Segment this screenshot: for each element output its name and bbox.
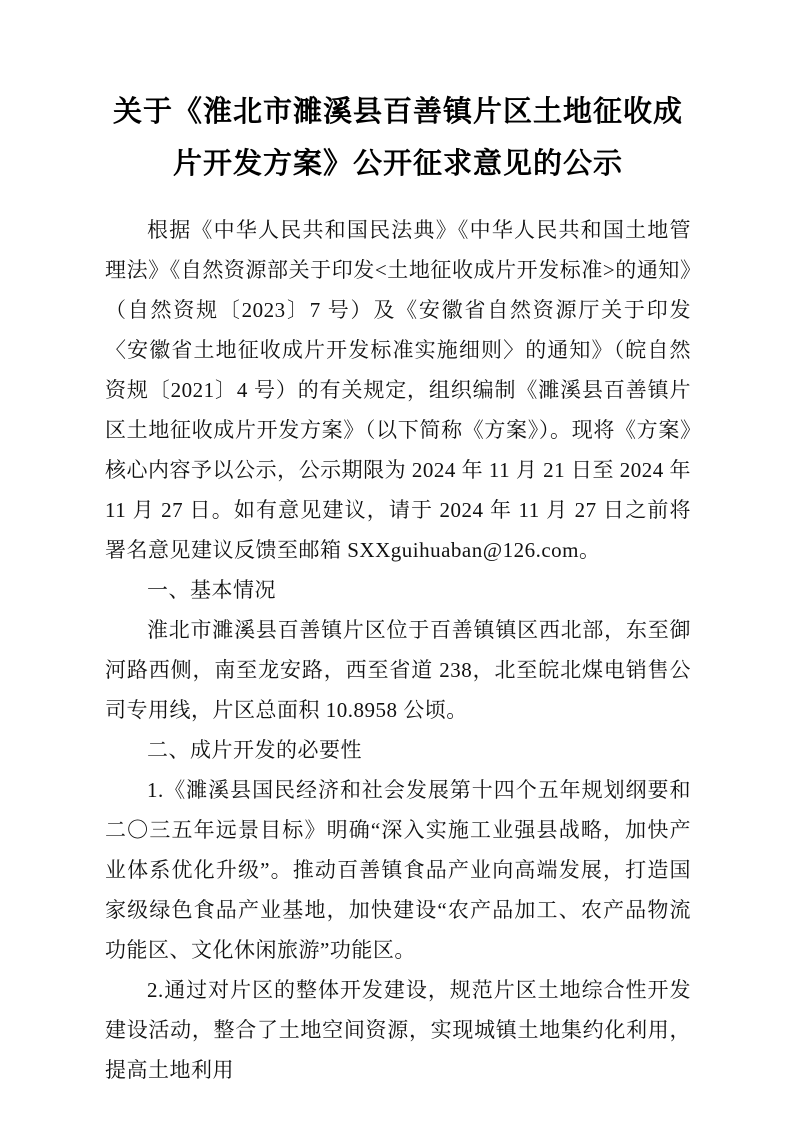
section2-item1: 1.《濉溪县国民经济和社会发展第十四个五年规划纲要和二〇三五年远景目标》明确“深…	[105, 770, 691, 970]
section1-body: 淮北市濉溪县百善镇片区位于百善镇镇区西北部，东至御河路西侧，南至龙安路，西至省道…	[105, 610, 691, 730]
document-body: 关于《淮北市濉溪县百善镇片区土地征收成片开发方案》公开征求意见的公示 根据《中华…	[0, 0, 793, 1122]
section2-item2: 2.通过对片区的整体开发建设，规范片区土地综合性开发建设活动，整合了土地空间资源…	[105, 970, 691, 1090]
section2-heading: 二、成片开发的必要性	[105, 730, 691, 770]
section1-heading: 一、基本情况	[105, 570, 691, 610]
document-title: 关于《淮北市濉溪县百善镇片区土地征收成片开发方案》公开征求意见的公示	[105, 86, 691, 190]
paragraph-intro: 根据《中华人民共和国民法典》《中华人民共和国土地管理法》《自然资源部关于印发<土…	[105, 210, 691, 570]
document-page: 关于《淮北市濉溪县百善镇片区土地征收成片开发方案》公开征求意见的公示 根据《中华…	[0, 0, 793, 1122]
